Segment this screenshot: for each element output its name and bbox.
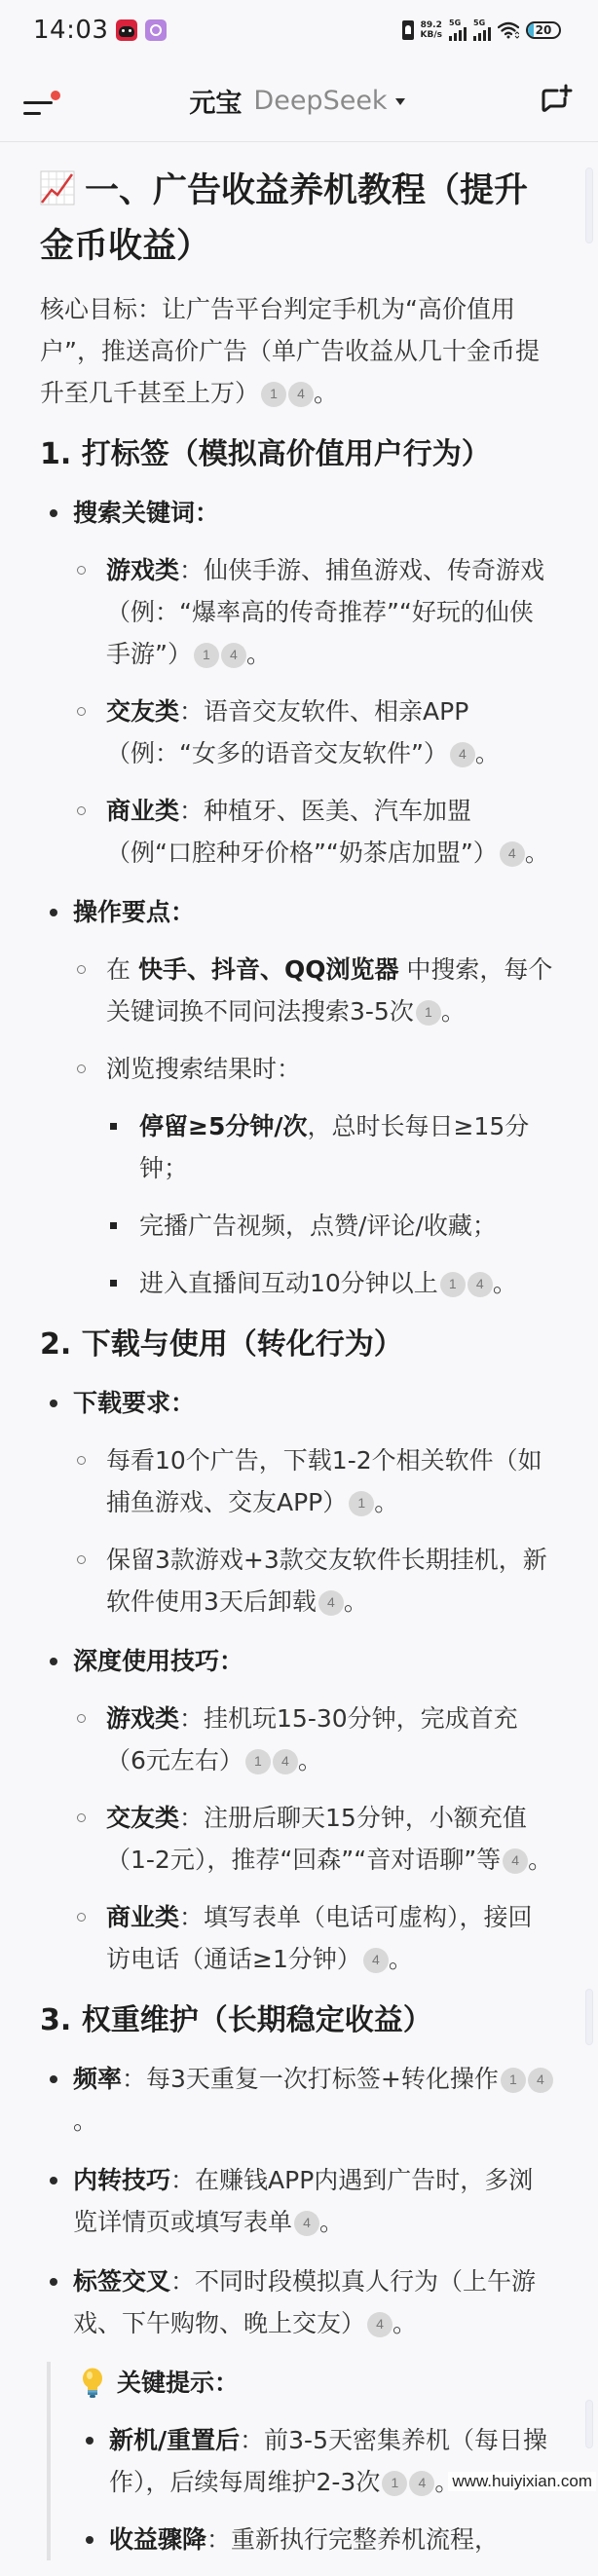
citation-badge[interactable]: 4 (318, 1590, 344, 1616)
section-heading: 一、广告收益养机教程（提升金币收益） (40, 164, 556, 275)
list-item: 下载要求： 每看10个广告，下载1-2个相关软件（如捕鱼游戏、交友APP）1。 … (40, 1382, 556, 1623)
citation-badge[interactable]: 4 (288, 382, 314, 407)
citation-badge[interactable]: 4 (363, 1948, 389, 1973)
citation-badge[interactable]: 4 (409, 2471, 434, 2494)
lightbulb-icon (82, 2368, 103, 2399)
status-bar: 14:03 89.2 KB/s 5G 5G 20 (0, 0, 598, 60)
watermark: www.huiyixian.com (448, 2472, 596, 2491)
list-item: 商业类：种植牙、医美、汽车加盟（例“口腔种牙价格”“奶茶店加盟”）4。 (73, 790, 556, 874)
model-name: DeepSeek (253, 86, 387, 116)
signal-sim2-icon: 5G (473, 19, 491, 41)
subsection-heading: 3. 权重维护（长期稳定收益） (40, 1999, 556, 2042)
scrollbar-thumb[interactable] (585, 168, 593, 243)
list-item: 保留3款游戏+3款交友软件长期挂机，新软件使用3天后卸载4。 (73, 1539, 556, 1623)
sim-card-icon (402, 20, 414, 40)
list-item: 进入直播间互动10分钟以上14。 (106, 1262, 556, 1304)
citation-badge[interactable]: 1 (245, 1749, 271, 1774)
citation-badge[interactable]: 4 (367, 2312, 392, 2337)
battery-icon: 20 (526, 21, 561, 39)
wifi-icon (498, 21, 519, 39)
citation-badge[interactable]: 4 (294, 2211, 319, 2236)
list-item: 每看10个广告，下载1-2个相关软件（如捕鱼游戏、交友APP）1。 (73, 1439, 556, 1523)
list-item: 浏览搜索结果时： 停留≥5分钟/次，总时长每日≥15分钟； 完播广告视频，点赞/… (73, 1048, 556, 1304)
tmall-app-icon (116, 19, 137, 41)
list-item: 标签交叉：不同时段模拟真人行为（上午游戏、下午购物、晚上交友）4。 (40, 2260, 556, 2344)
citation-badge[interactable]: 1 (382, 2471, 407, 2494)
scrollbar-track-mark (585, 2400, 593, 2448)
citation-badge[interactable]: 4 (528, 2068, 553, 2093)
citation-badge[interactable]: 1 (501, 2068, 526, 2093)
list-item: 搜索关键词： 游戏类：仙侠手游、捕鱼游戏、传奇游戏（例：“爆率高的传奇推荐”“好… (40, 492, 556, 874)
citation-badge[interactable]: 4 (503, 1848, 528, 1874)
list-item: 内转技巧：在赚钱APP内遇到广告时，多浏览详情页或填写表单4。 (40, 2159, 556, 2243)
citation-badge[interactable]: 4 (467, 1272, 493, 1297)
list-item: 停留≥5分钟/次，总时长每日≥15分钟； (106, 1105, 556, 1189)
list-item: 游戏类：挂机玩15-30分钟，完成首充（6元左右）14。 (73, 1698, 556, 1781)
network-speed: 89.2 KB/s (421, 20, 442, 40)
list-item: 完播广告视频，点赞/评论/收藏； (106, 1205, 556, 1247)
notification-badge (51, 91, 60, 100)
subsection-heading: 2. 下载与使用（转化行为） (40, 1324, 556, 1366)
citation-badge[interactable]: 4 (273, 1749, 298, 1774)
new-chat-button[interactable] (534, 80, 577, 123)
list-item: 商业类：填写表单（电话可虚构），接回访电话（通话≥1分钟）4。 (73, 1896, 556, 1980)
list-item: 交友类：语音交友软件、相亲APP（例：“女多的语音交友软件”）4。 (73, 691, 556, 774)
chat-response: 一、广告收益养机教程（提升金币收益） 核心目标：让广告平台判定手机为“高价值用户… (40, 156, 556, 2493)
citation-badge[interactable]: 1 (261, 382, 286, 407)
citation-badge[interactable]: 1 (194, 643, 219, 668)
citation-badge[interactable]: 1 (440, 1272, 466, 1297)
scrollbar-track-mark (585, 1989, 593, 2045)
chart-increasing-icon (40, 170, 75, 205)
subsection-heading: 1. 打标签（模拟高价值用户行为） (40, 433, 556, 476)
model-selector[interactable]: 元宝 DeepSeek (189, 82, 404, 120)
purple-app-icon (145, 19, 167, 41)
citation-badge[interactable]: 4 (500, 841, 525, 867)
list-item: 交友类：注册后聊天15分钟，小额充值（1-2元），推荐“回森”“音对语聊”等4。 (73, 1797, 556, 1881)
menu-icon (23, 101, 53, 104)
citation-badge[interactable]: 4 (450, 742, 475, 767)
signal-sim1-icon: 5G (449, 19, 467, 41)
list-item: 深度使用技巧： 游戏类：挂机玩15-30分钟，完成首充（6元左右）14。 交友类… (40, 1640, 556, 1980)
citation-badge[interactable]: 4 (221, 643, 246, 668)
app-header: 元宝 DeepSeek (0, 60, 598, 142)
intro-paragraph: 核心目标：让广告平台判定手机为“高价值用户”，推送高价广告（单广告收益从几十金币… (40, 288, 556, 414)
list-item: 游戏类：仙侠手游、捕鱼游戏、传奇游戏（例：“爆率高的传奇推荐”“好玩的仙侠手游”… (73, 549, 556, 675)
list-item: 频率：每3天重复一次打标签+转化操作14。 (40, 2058, 556, 2142)
new-chat-icon (534, 80, 577, 123)
menu-button[interactable] (21, 82, 60, 121)
list-item: 在 快手、抖音、QQ浏览器 中搜索，每个关键词换不同问法搜索3-5次1。 (73, 949, 556, 1032)
net-speed-unit: KB/s (421, 30, 442, 40)
list-item: 操作要点： 在 快手、抖音、QQ浏览器 中搜索，每个关键词换不同问法搜索3-5次… (40, 891, 556, 1304)
net-speed-value: 89.2 (421, 20, 442, 30)
app-title: 元宝 (189, 82, 242, 120)
clock: 14:03 (33, 16, 108, 45)
citation-badge[interactable]: 1 (349, 1491, 374, 1516)
caret-down-icon (395, 98, 405, 105)
battery-level: 20 (536, 23, 552, 37)
citation-badge[interactable]: 1 (416, 1000, 441, 1026)
tip-title: 关键提示： (82, 2362, 556, 2404)
